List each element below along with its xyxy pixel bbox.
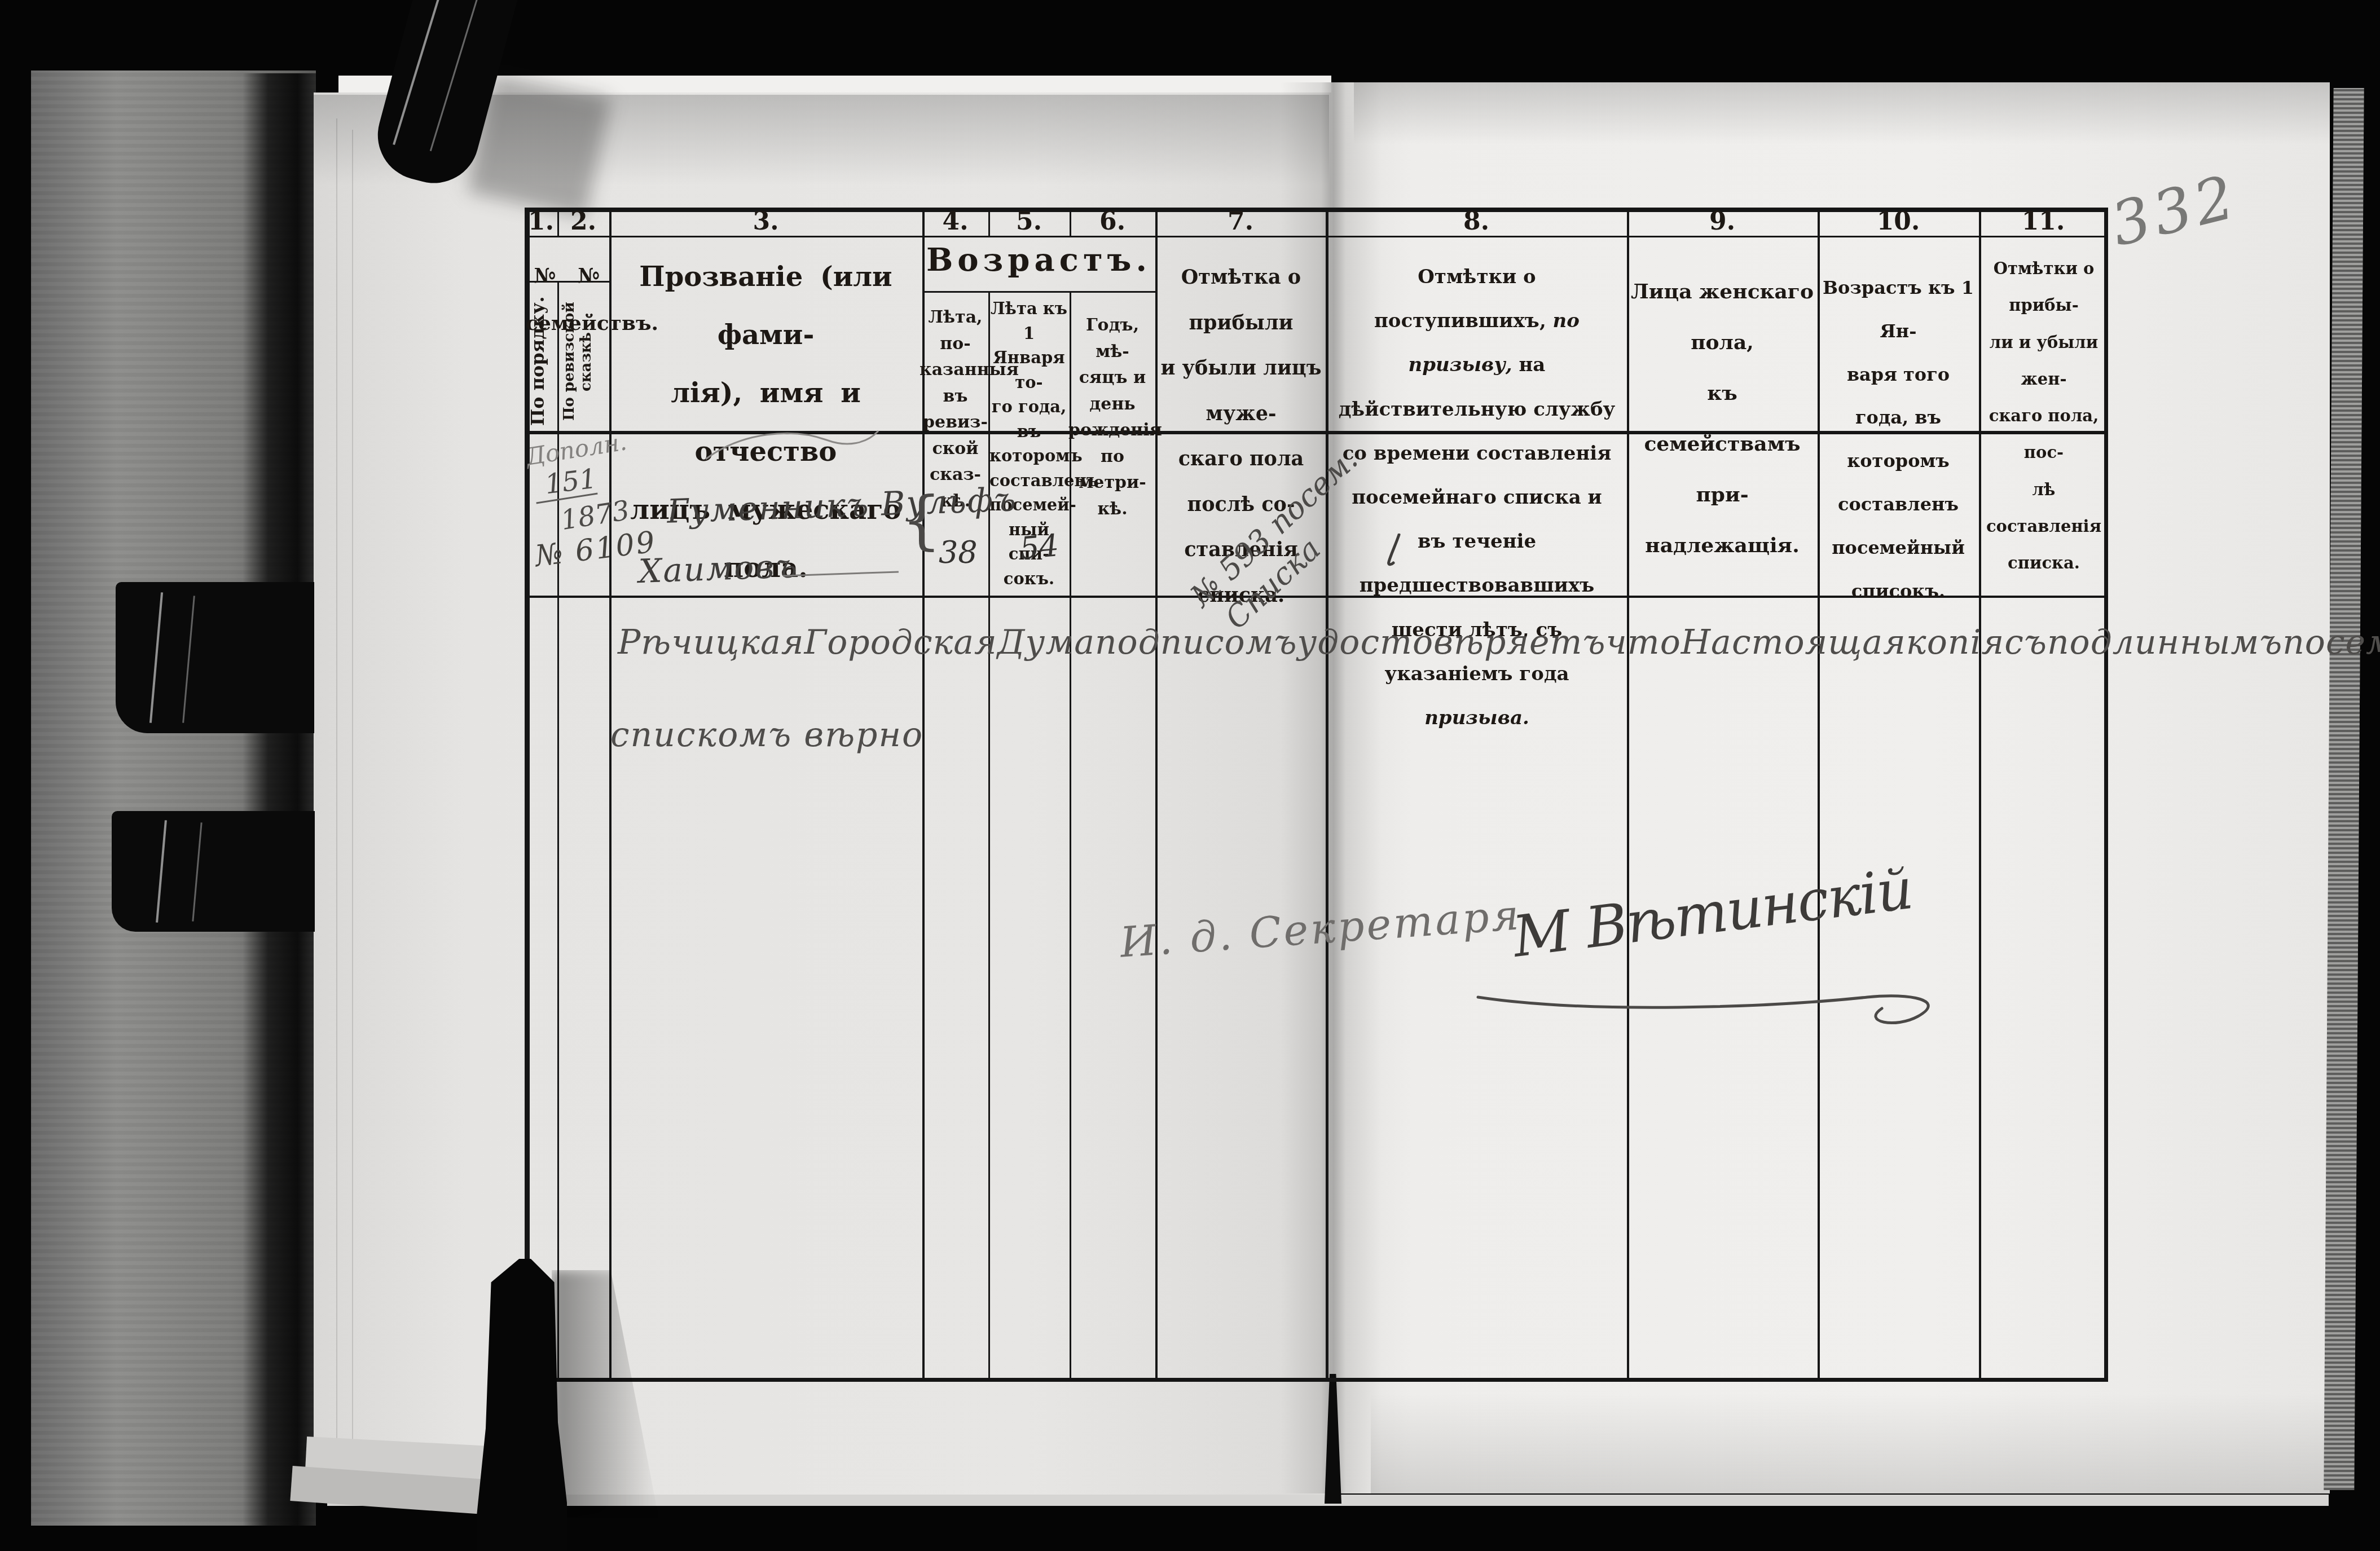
col-rule (1979, 208, 1981, 1382)
header-col10: Возрастъ къ 1 Ян- варя того года, въ кот… (1821, 266, 1976, 613)
header-col3: Прозваніе (или фами- лія), имя и отчеств… (612, 248, 920, 597)
header-col8-text: Отмѣтки о поступившихъ, (1374, 266, 1553, 332)
row-name-line2: Хаимовъ (638, 547, 799, 591)
header-age-group: Возрастъ. (922, 241, 1155, 279)
binding-shadow (243, 73, 316, 1526)
numbers-rule (525, 236, 2108, 237)
col-number-3: 3. (609, 209, 922, 235)
header-col11: Отмѣтки о прибы- ли и убыли жен- скаго п… (1982, 250, 2105, 581)
cert-word: Городская (804, 623, 997, 662)
header-col6: Годъ, мѣ- сяцъ и день рожденія по метри-… (1068, 312, 1156, 522)
table-border-bottom (525, 1378, 2108, 1382)
certification-line2: спискомъ вѣрно (610, 715, 923, 755)
family-group-line1: № № (534, 264, 600, 288)
col-number-7: 7. (1155, 209, 1326, 235)
clamp-highlight (192, 822, 202, 922)
certification-line1: Рѣчицкая Городская Дума подписомъ удосто… (618, 623, 2059, 662)
cert-word: что (1605, 623, 1680, 662)
col-number-9: 9. (1627, 209, 1818, 235)
ink-mark (1387, 534, 1401, 567)
fore-edge (2324, 88, 2364, 1490)
col-rule (609, 208, 612, 1382)
cert-word: подлиннымъ (2047, 623, 2282, 662)
col-number-10: 10. (1818, 209, 1979, 235)
clamp-highlight (182, 596, 195, 722)
left-clamp-jaw-top (116, 582, 314, 733)
header-col1-vertical: По порядку. (527, 293, 557, 429)
sheet-line (352, 130, 353, 1449)
cert-word: Дума (997, 623, 1095, 662)
cert-word: подписомъ (1095, 623, 1297, 662)
clamp-highlight (149, 592, 163, 722)
col-number-5: 5. (988, 209, 1070, 235)
col-number-1: 1. (525, 209, 557, 235)
cert-word: Рѣчицкая (618, 623, 804, 662)
header-col9: Лица женскаго пола, къ семействамъ при- … (1630, 266, 1814, 571)
header-col2-vertical: По ревизской сказкѣ (561, 293, 608, 430)
archive-photo: 1. 2. 3. 4. 5. 6. 7. 8. 9. 10. 11. № № с… (0, 0, 2380, 1551)
header-col8-italic2: призыва. (1424, 707, 1529, 729)
col-rule-fold (1326, 208, 1328, 1382)
col-rule (1818, 208, 1820, 1382)
cert-word: посемейнымъ. (2282, 623, 2380, 662)
age-group-rule (922, 291, 1156, 293)
col-number-11: 11. (1979, 209, 2108, 235)
col-rule (1627, 208, 1629, 1382)
col-number-8: 8. (1326, 209, 1627, 235)
sheet-line (336, 118, 337, 1461)
left-clamp-jaw-bottom (112, 811, 315, 932)
row-age-list: 54 (1018, 527, 1060, 566)
row-brace: { (901, 484, 942, 557)
clip-highlight (430, 0, 481, 151)
cert-word: съ (2004, 623, 2047, 662)
pen-flourish (702, 424, 883, 464)
page-right-bottom-shade (1371, 1393, 2330, 1493)
cert-word: копія (1906, 623, 2005, 662)
col-number-6: 6. (1070, 209, 1155, 235)
cert-word: Настоящая (1681, 623, 1906, 662)
col-number-4: 4. (922, 209, 988, 235)
row-age-revision: 38 (939, 535, 978, 570)
clamp-highlight (156, 820, 167, 923)
register-table: 1. 2. 3. 4. 5. 6. 7. 8. 9. 10. 11. № № с… (525, 208, 2110, 1382)
page-right-top-shade (1354, 82, 2330, 144)
signature-flourish (1467, 953, 1974, 1055)
cert-word: удостовѣряетъ (1297, 623, 1605, 662)
